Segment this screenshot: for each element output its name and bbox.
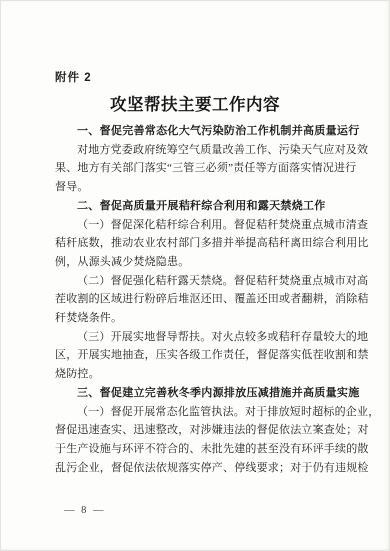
body-line: （一）督促开展常态化监管执法。对于排放短时超标的企业， — [55, 403, 347, 422]
body-line: 果、地方有关部门落实“三管三必须”责任等方面落实情况进行 — [55, 159, 347, 178]
body-line: 对地方党委政府统筹空气质量改善工作、污染天气应对及效 — [55, 141, 347, 160]
body-line: 督促迅速查实、迅速整改，对涉嫌违法的督促依法立案查处；对 — [55, 421, 347, 440]
body-line: 督导。 — [55, 178, 347, 197]
body-line: （二）督促强化秸秆露天禁烧。督促秸秆焚烧重点城市对高 — [55, 272, 347, 291]
body-line: 区，开展实地抽查，压实各级工作责任，督促落实低茬收割和禁 — [55, 346, 347, 365]
footer-page-number: — 8 — — [64, 505, 106, 516]
document-body: 一、督促完善常态化大气污染防治工作机制并高质量运行对地方党委政府统筹空气质量改善… — [55, 122, 347, 477]
body-line: 例，从源头减少焚烧隐患。 — [55, 253, 347, 272]
body-line: 秆焚烧条件。 — [55, 309, 347, 328]
attachment-label: 附件 2 — [55, 69, 92, 85]
body-line: 于生产设施与环评不符合的、未批先建的甚至没有环评手续的散 — [55, 440, 347, 459]
body-line: 乱污企业，督促依法依规落实停产、停线要求；对于仍有违规检 — [55, 459, 347, 478]
body-line: （一）督促深化秸秆综合利用。督促秸秆焚烧重点城市清查 — [55, 216, 347, 235]
page-title: 攻坚帮扶主要工作内容 — [0, 91, 390, 115]
body-line: 秸秆底数，推动农业农村部门多措并举提高秸秆离田综合利用比 — [55, 234, 347, 253]
body-line: （三）开展实地督导帮扶。对火点较多或秸秆存量较大的地 — [55, 328, 347, 347]
section-heading-1: 一、督促完善常态化大气污染防治工作机制并高质量运行 — [55, 122, 347, 141]
document-page: 附件 2 攻坚帮扶主要工作内容 一、督促完善常态化大气污染防治工作机制并高质量运… — [0, 0, 390, 551]
section-heading-2: 二、督促高质量开展秸秆综合利用和露天禁烧工作 — [55, 197, 347, 216]
body-line: 茬收割的区域进行粉碎后堆沤还田、覆盖还田或者翻耕，消除秸 — [55, 290, 347, 309]
body-line: 烧防控。 — [55, 365, 347, 384]
section-heading-3: 三、督促建立完善秋冬季内源排放压减措施并高质量实施 — [55, 384, 347, 403]
